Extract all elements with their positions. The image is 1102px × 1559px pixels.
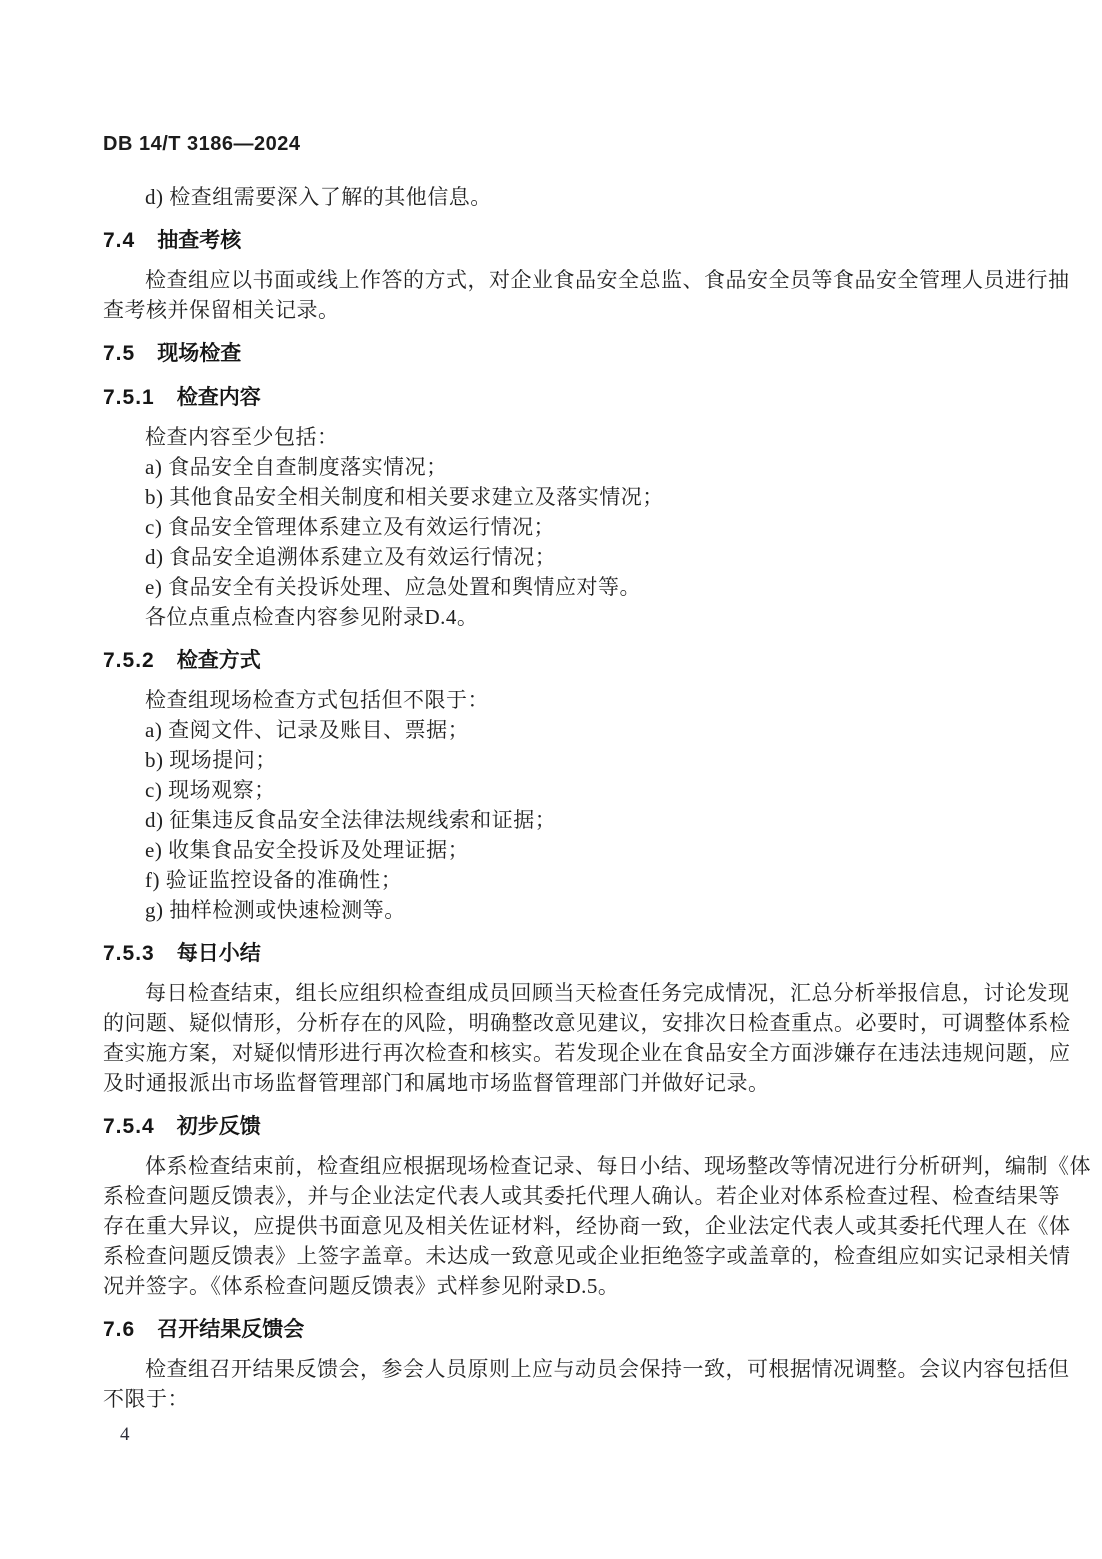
paragraph-line: 系检查问题反馈表》上签字盖章。未达成一致意见或企业拒绝签字或盖章的，检查组应如实…	[103, 1241, 1003, 1271]
list-intro: 检查内容至少包括：	[103, 422, 1003, 452]
paragraph-line: 况并签字。《体系检查问题反馈表》式样参见附录D.5。	[103, 1271, 1003, 1301]
paragraph: 检查组召开结果反馈会，参会人员原则上应与动员会保持一致，可根据情况调整。会议内容…	[103, 1354, 1003, 1414]
paragraph-line: 每日检查结束，组长应组织检查组成员回顾当天检查任务完成情况，汇总分析举报信息，讨…	[103, 978, 1003, 1008]
section-number: 7.5.4	[103, 1115, 155, 1138]
paragraph-line: 检查组召开结果反馈会，参会人员原则上应与动员会保持一致，可根据情况调整。会议内容…	[103, 1354, 1003, 1384]
section-number: 7.5.2	[103, 649, 155, 672]
list-item: d) 检查组需要深入了解的其他信息。	[103, 182, 1003, 212]
list-item: d) 食品安全追溯体系建立及有效运行情况；	[103, 542, 1003, 572]
section-heading: 7.5现场检查	[103, 339, 1003, 369]
paragraph-line: 检查组应以书面或线上作答的方式，对企业食品安全总监、食品安全员等食品安全管理人员…	[103, 265, 1003, 295]
section-title: 检查内容	[177, 386, 261, 409]
section-title: 抽查考核	[157, 229, 241, 252]
paragraph-line: 不限于：	[103, 1384, 1003, 1414]
section-number: 7.4	[103, 229, 135, 252]
paragraph-line: 体系检查结束前，检查组应根据现场检查记录、每日小结、现场整改等情况进行分析研判，…	[103, 1151, 1003, 1181]
section-heading: 7.4抽查考核	[103, 226, 1003, 256]
page-header: DB 14/T 3186—2024	[103, 133, 301, 156]
section-heading: 7.5.1检查内容	[103, 383, 1003, 413]
list-item: e) 收集食品安全投诉及处理证据；	[103, 835, 1003, 865]
paragraph-line: 的问题、疑似情形，分析存在的风险，明确整改意见建议，安排次日检查重点。必要时，可…	[103, 1008, 1003, 1038]
document-page: DB 14/T 3186—2024 d) 检查组需要深入了解的其他信息。7.4抽…	[0, 0, 1102, 1559]
section-heading: 7.6召开结果反馈会	[103, 1315, 1003, 1345]
paragraph-line: 及时通报派出市场监督管理部门和属地市场监督管理部门并做好记录。	[103, 1068, 1003, 1098]
list-item: e) 食品安全有关投诉处理、应急处置和舆情应对等。	[103, 572, 1003, 602]
paragraph-line: 查实施方案，对疑似情形进行再次检查和核实。若发现企业在食品安全方面涉嫌存在违法违…	[103, 1038, 1003, 1068]
paragraph-line: 系检查问题反馈表》，并与企业法定代表人或其委托代理人确认。若企业对体系检查过程、…	[103, 1181, 1003, 1211]
paragraph-line: 查考核并保留相关记录。	[103, 295, 1003, 325]
paragraph-line: 存在重大异议，应提供书面意见及相关佐证材料，经协商一致，企业法定代表人或其委托代…	[103, 1211, 1003, 1241]
list-item: b) 现场提问；	[103, 745, 1003, 775]
section-number: 7.5.1	[103, 386, 155, 409]
list-item: f) 验证监控设备的准确性；	[103, 865, 1003, 895]
paragraph: 检查组应以书面或线上作答的方式，对企业食品安全总监、食品安全员等食品安全管理人员…	[103, 265, 1003, 325]
section-title: 每日小结	[177, 942, 261, 965]
document-body: d) 检查组需要深入了解的其他信息。7.4抽查考核检查组应以书面或线上作答的方式…	[103, 182, 1003, 1414]
section-heading: 7.5.2检查方式	[103, 646, 1003, 676]
page-number: 4	[120, 1424, 130, 1445]
list-item: g) 抽样检测或快速检测等。	[103, 895, 1003, 925]
section-title: 初步反馈	[177, 1115, 261, 1138]
standard-number: DB 14/T 3186—2024	[103, 133, 301, 155]
list-intro: 检查组现场检查方式包括但不限于：	[103, 685, 1003, 715]
section-heading: 7.5.4初步反馈	[103, 1112, 1003, 1142]
section-number: 7.5	[103, 342, 135, 365]
list-item: d) 征集违反食品安全法律法规线索和证据；	[103, 805, 1003, 835]
list-item: c) 食品安全管理体系建立及有效运行情况；	[103, 512, 1003, 542]
section-heading: 7.5.3每日小结	[103, 939, 1003, 969]
list-item: c) 现场观察；	[103, 775, 1003, 805]
section-title: 现场检查	[157, 342, 241, 365]
list-item: b) 其他食品安全相关制度和相关要求建立及落实情况；	[103, 482, 1003, 512]
section-title: 召开结果反馈会	[157, 1318, 304, 1341]
section-title: 检查方式	[177, 649, 261, 672]
list-item: a) 食品安全自查制度落实情况；	[103, 452, 1003, 482]
section-number: 7.6	[103, 1318, 135, 1341]
list-item: a) 查阅文件、记录及账目、票据；	[103, 715, 1003, 745]
list-intro: 各位点重点检查内容参见附录D.4。	[103, 602, 1003, 632]
paragraph: 体系检查结束前，检查组应根据现场检查记录、每日小结、现场整改等情况进行分析研判，…	[103, 1151, 1003, 1301]
page-footer: 4	[120, 1424, 130, 1446]
section-number: 7.5.3	[103, 942, 155, 965]
paragraph: 每日检查结束，组长应组织检查组成员回顾当天检查任务完成情况，汇总分析举报信息，讨…	[103, 978, 1003, 1098]
